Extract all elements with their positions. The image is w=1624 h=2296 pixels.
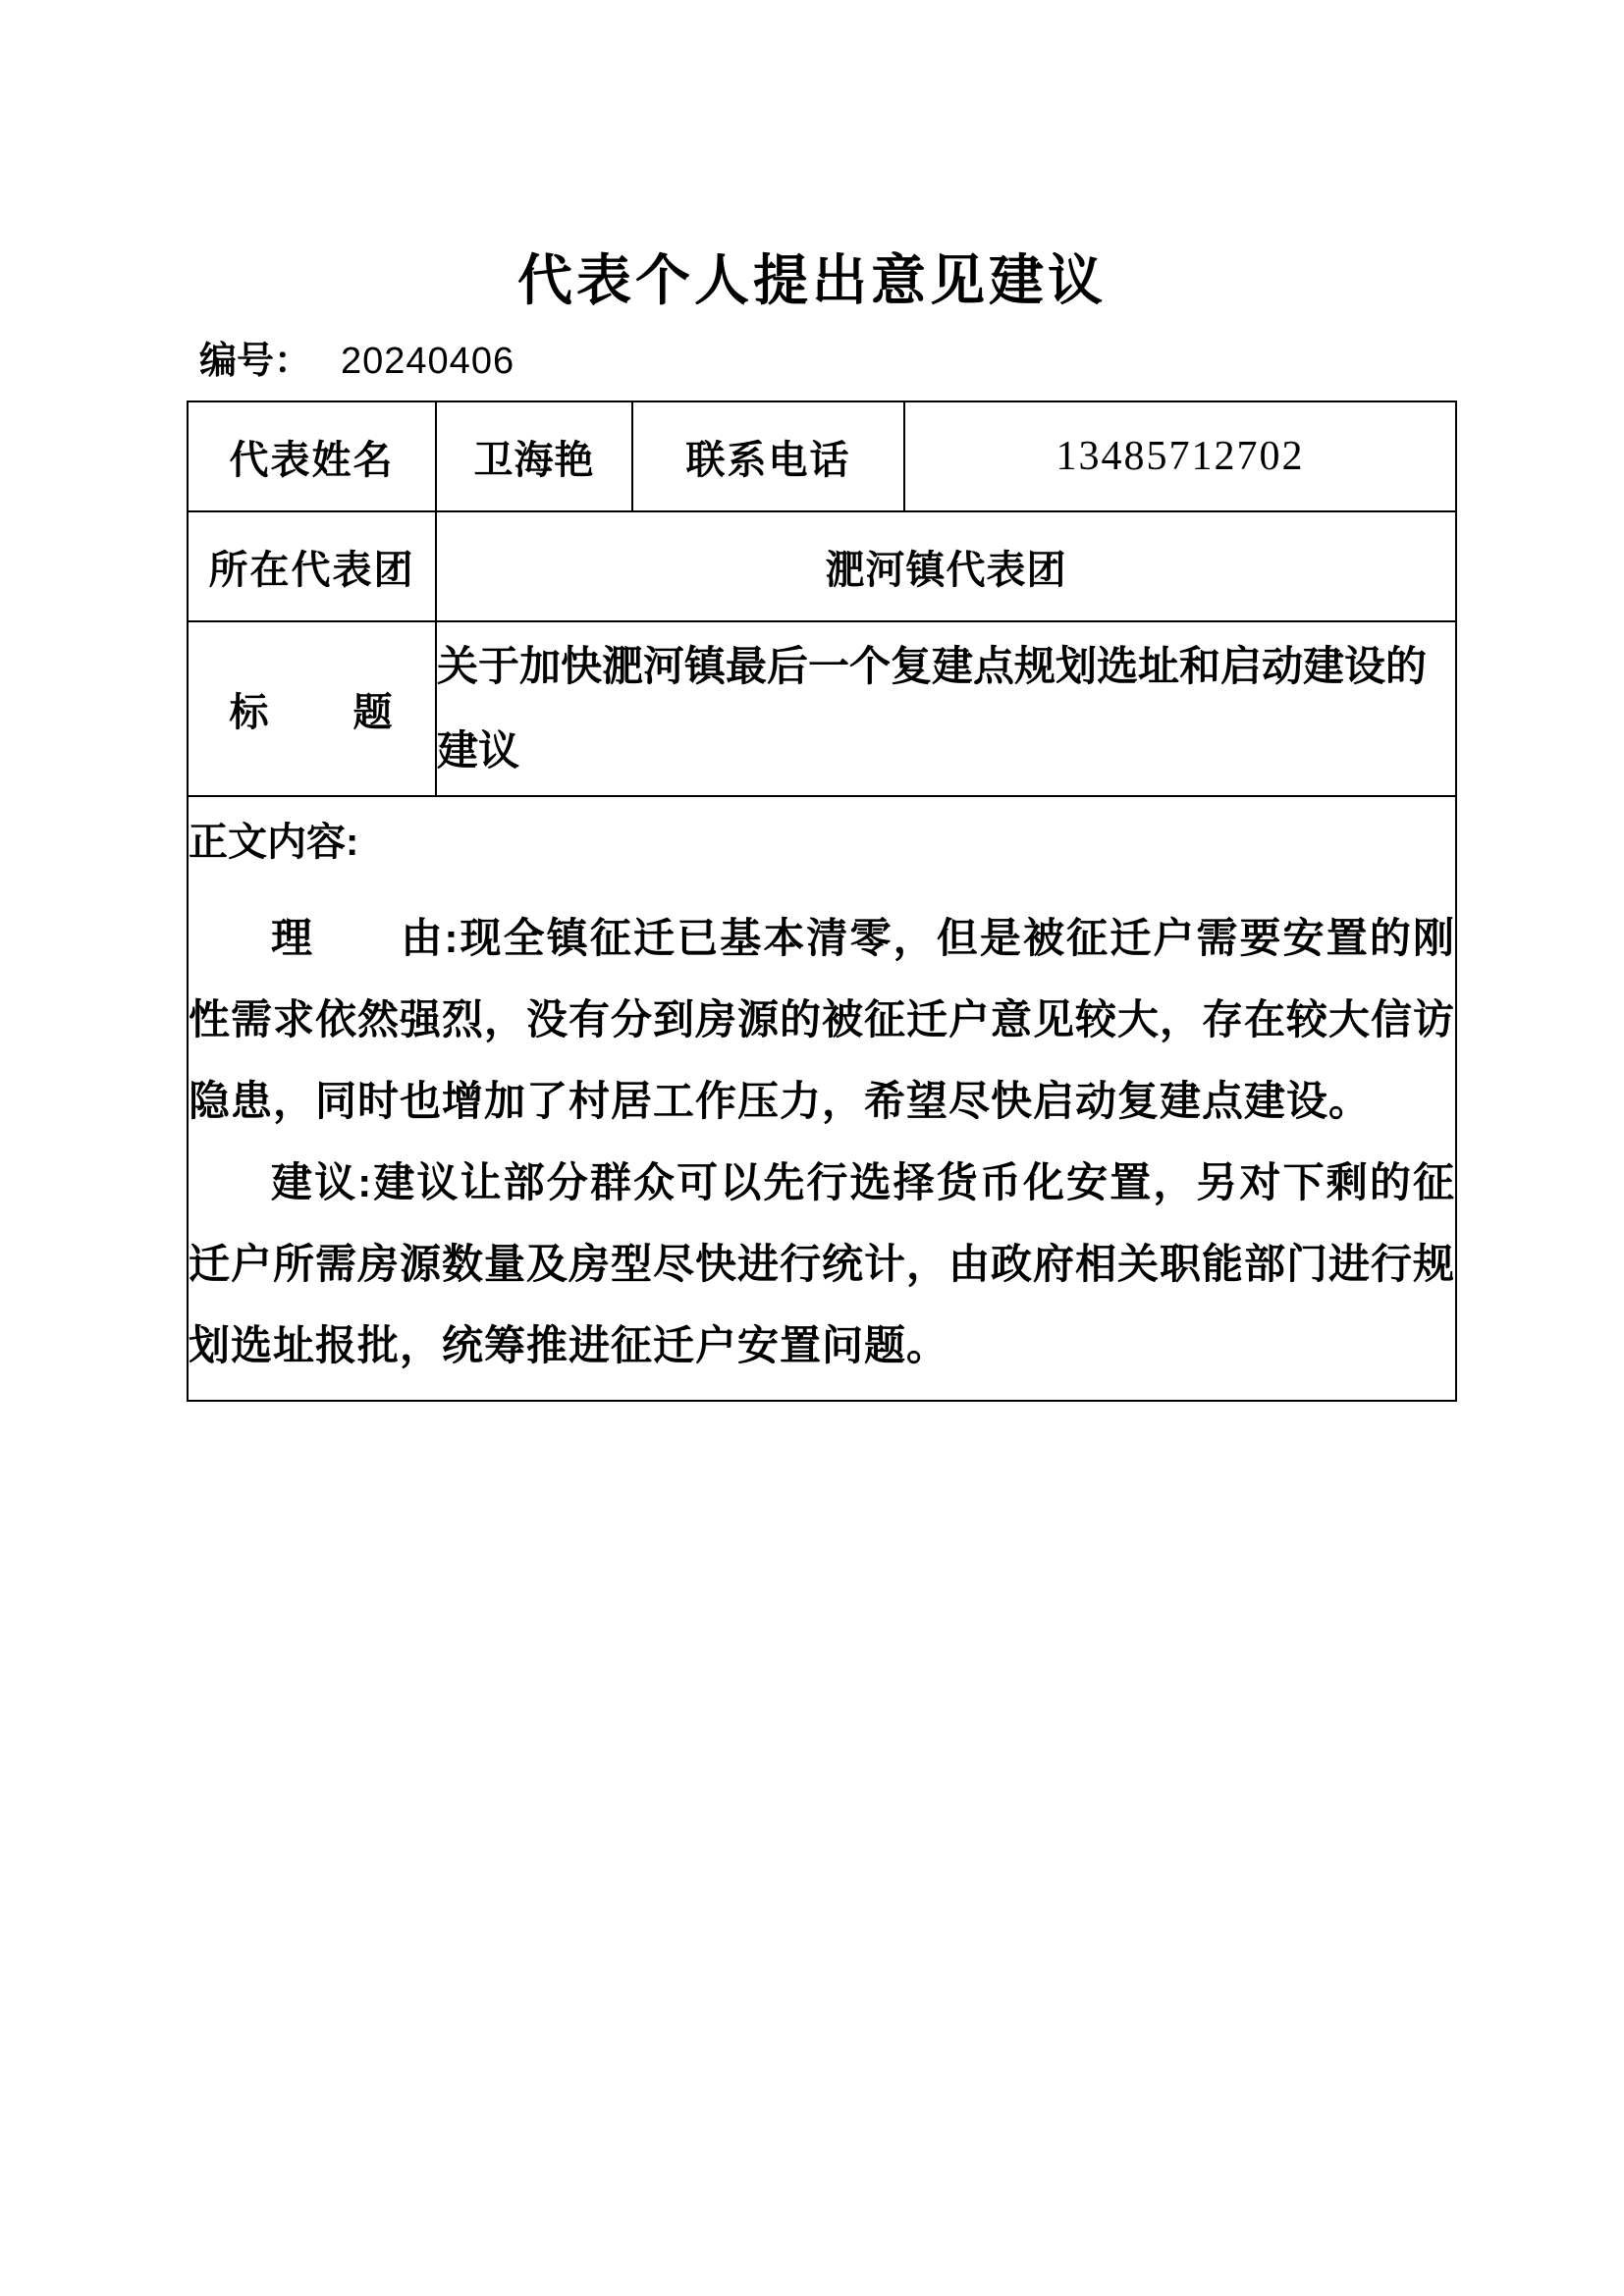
table-row-representative: 代表姓名 卫海艳 联系电话 13485712702 (188, 401, 1456, 511)
serial-number-line: 编号：20240406 (199, 330, 514, 384)
delegation-label: 所在代表团 (188, 511, 436, 621)
document-title: 代表个人提出意见建议 (0, 238, 1624, 316)
info-table: 代表姓名 卫海艳 联系电话 13485712702 所在代表团 淝河镇代表团 标… (187, 400, 1457, 1402)
table-row-body: 正文内容: 理 由:现全镇征迁已基本清零，但是被征迁户需要安置的刚性需求依然强烈… (188, 796, 1456, 1401)
document-page: 代表个人提出意见建议 编号：20240406 代表姓名 卫海艳 联系电话 134… (0, 0, 1624, 2296)
serial-label: 编号： (199, 341, 311, 382)
delegation-value: 淝河镇代表团 (436, 511, 1456, 621)
title-label: 标 题 (188, 621, 436, 796)
table-row-delegation: 所在代表团 淝河镇代表团 (188, 511, 1456, 621)
title-value: 关于加快淝河镇最后一个复建点规划选址和启动建设的建议 (436, 621, 1456, 796)
body-content-label: 正文内容: (189, 811, 1455, 874)
table-row-title: 标 题 关于加快淝河镇最后一个复建点规划选址和启动建设的建议 (188, 621, 1456, 796)
body-paragraph-reason: 理 由:现全镇征迁已基本清零，但是被征迁户需要安置的刚性需求依然强烈，没有分到房… (189, 897, 1455, 1142)
phone-label: 联系电话 (632, 401, 904, 511)
phone-value: 13485712702 (904, 401, 1456, 511)
serial-value: 20240406 (341, 341, 514, 382)
representative-name-label: 代表姓名 (188, 401, 436, 511)
body-paragraph-suggestion: 建议:建议让部分群众可以先行选择货币化安置，另对下剩的征迁户所需房源数量及房型尽… (189, 1142, 1455, 1386)
body-cell: 正文内容: 理 由:现全镇征迁已基本清零，但是被征迁户需要安置的刚性需求依然强烈… (188, 796, 1456, 1401)
representative-name-value: 卫海艳 (436, 401, 632, 511)
